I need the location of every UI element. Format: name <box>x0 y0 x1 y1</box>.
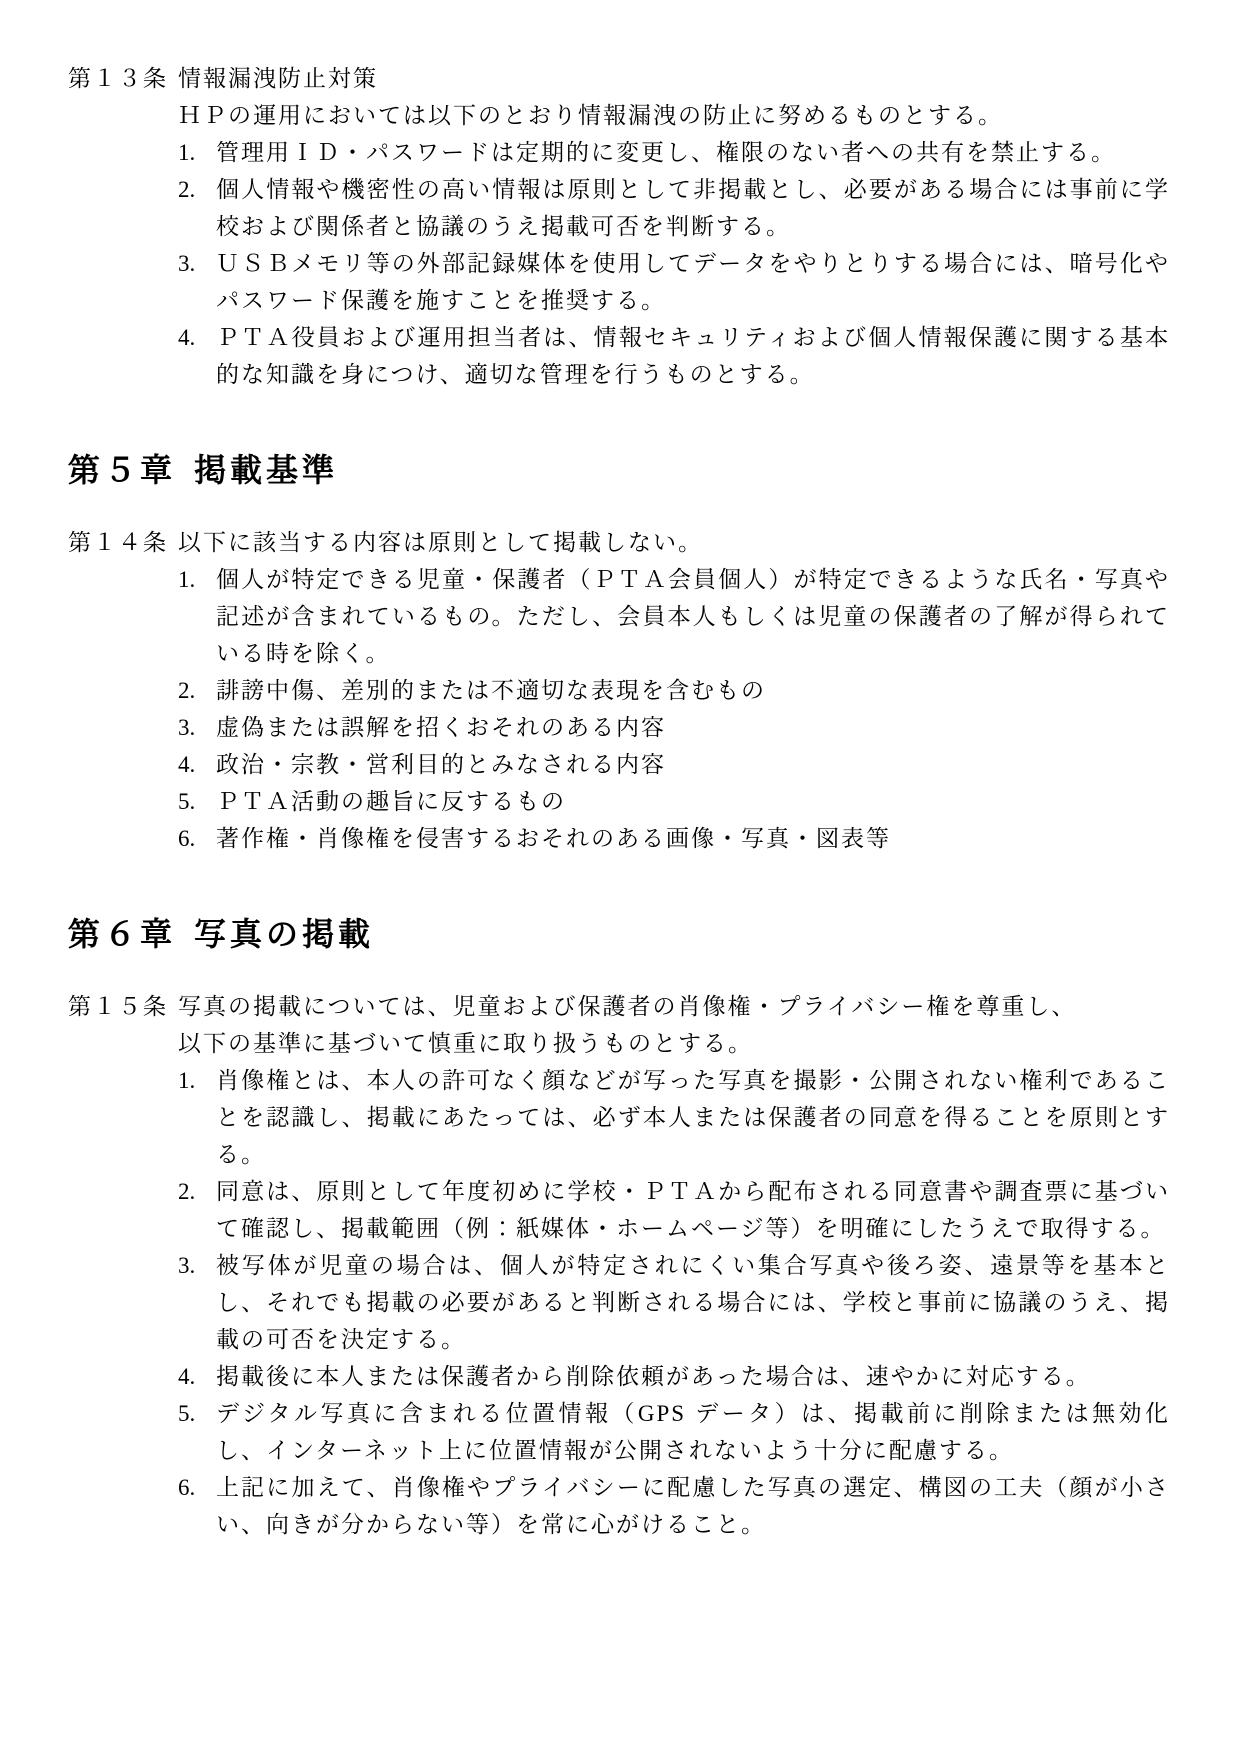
item-text: 上記に加えて、肖像権やプライバシーに配慮した写真の選定、構図の工夫（顔が小さい、… <box>216 1469 1170 1543</box>
article-14-label: 第１４条 <box>68 524 178 561</box>
item-text: 掲載後に本人または保護者から削除依頼があった場合は、速やかに対応する。 <box>216 1358 1170 1395</box>
item-text: 虚偽または誤解を招くおそれのある内容 <box>216 709 1170 746</box>
item-number: 6. <box>178 820 216 857</box>
item-number: 5. <box>178 783 216 820</box>
item-number: 5. <box>178 1395 216 1432</box>
list-item: 3. 虚偽または誤解を招くおそれのある内容 <box>178 709 1170 746</box>
list-item: 3. ＵＳＢメモリ等の外部記録媒体を使用してデータをやりとりする場合には、暗号化… <box>178 245 1170 319</box>
list-item: 3. 被写体が児童の場合は、個人が特定されにくい集合写真や後ろ姿、遠景等を基本と… <box>178 1247 1170 1358</box>
list-item: 1. 個人が特定できる児童・保護者（ＰＴＡ会員個人）が特定できるような氏名・写真… <box>178 561 1170 672</box>
list-item: 1. 管理用ＩＤ・パスワードは定期的に変更し、権限のない者への共有を禁止する。 <box>178 134 1170 171</box>
item-number: 2. <box>178 672 216 709</box>
article-15-label: 第１５条 <box>68 988 178 1025</box>
item-number: 4. <box>178 319 216 356</box>
chapter-6-title: 写真の掲載 <box>194 912 374 956</box>
article-15-body: 写真の掲載については、児童および保護者の肖像権・プライバシー権を尊重し、 以下の… <box>178 988 1170 1543</box>
item-number: 4. <box>178 1358 216 1395</box>
item-text: 個人が特定できる児童・保護者（ＰＴＡ会員個人）が特定できるような氏名・写真や記述… <box>216 561 1170 672</box>
item-number: 3. <box>178 709 216 746</box>
article-14: 第１４条 以下に該当する内容は原則として掲載しない。 1. 個人が特定できる児童… <box>68 524 1170 857</box>
item-text: デジタル写真に含まれる位置情報（GPS データ）は、掲載前に削除または無効化し、… <box>216 1395 1170 1469</box>
article-15-intro-line1: 写真の掲載については、児童および保護者の肖像権・プライバシー権を尊重し、 <box>178 988 1170 1025</box>
chapter-heading-5: 第５章 掲載基準 <box>68 448 1170 492</box>
list-item: 2. 同意は、原則として年度初めに学校・ＰＴＡから配布される同意書や調査票に基づ… <box>178 1173 1170 1247</box>
list-item: 4. 掲載後に本人または保護者から削除依頼があった場合は、速やかに対応する。 <box>178 1358 1170 1395</box>
article-14-list: 1. 個人が特定できる児童・保護者（ＰＴＡ会員個人）が特定できるような氏名・写真… <box>178 561 1170 857</box>
item-text: 管理用ＩＤ・パスワードは定期的に変更し、権限のない者への共有を禁止する。 <box>216 134 1170 171</box>
article-15-intro-line2: 以下の基準に基づいて慎重に取り扱うものとする。 <box>178 1025 1170 1062</box>
item-number: 1. <box>178 561 216 598</box>
item-number: 1. <box>178 1062 216 1099</box>
item-text: 肖像権とは、本人の許可なく顔などが写った写真を撮影・公開されない権利であることを… <box>216 1062 1170 1173</box>
article-13-intro: ＨＰの運用においては以下のとおり情報漏洩の防止に努めるものとする。 <box>178 97 1170 134</box>
list-item: 5. ＰＴＡ活動の趣旨に反するもの <box>178 783 1170 820</box>
item-text: 著作権・肖像権を侵害するおそれのある画像・写真・図表等 <box>216 820 1170 857</box>
item-text: 政治・宗教・営利目的とみなされる内容 <box>216 746 1170 783</box>
list-item: 2. 個人情報や機密性の高い情報は原則として非掲載とし、必要がある場合には事前に… <box>178 171 1170 245</box>
item-text: 個人情報や機密性の高い情報は原則として非掲載とし、必要がある場合には事前に学校お… <box>216 171 1170 245</box>
chapter-6-label: 第６章 <box>68 912 176 956</box>
list-item: 4. ＰＴＡ役員および運用担当者は、情報セキュリティおよび個人情報保護に関する基… <box>178 319 1170 393</box>
item-text: ＵＳＢメモリ等の外部記録媒体を使用してデータをやりとりする場合には、暗号化やパス… <box>216 245 1170 319</box>
item-text: ＰＴＡ役員および運用担当者は、情報セキュリティおよび個人情報保護に関する基本的な… <box>216 319 1170 393</box>
chapter-5-title: 掲載基準 <box>194 448 338 492</box>
item-number: 4. <box>178 746 216 783</box>
article-13-list: 1. 管理用ＩＤ・パスワードは定期的に変更し、権限のない者への共有を禁止する。 … <box>178 134 1170 393</box>
item-text: ＰＴＡ活動の趣旨に反するもの <box>216 783 1170 820</box>
item-number: 2. <box>178 1173 216 1210</box>
article-15: 第１５条 写真の掲載については、児童および保護者の肖像権・プライバシー権を尊重し… <box>68 988 1170 1543</box>
chapter-heading-6: 第６章 写真の掲載 <box>68 912 1170 956</box>
document-page: 第１３条 情報漏洩防止対策 ＨＰの運用においては以下のとおり情報漏洩の防止に努め… <box>0 0 1241 1755</box>
list-item: 2. 誹謗中傷、差別的または不適切な表現を含むもの <box>178 672 1170 709</box>
article-14-body: 以下に該当する内容は原則として掲載しない。 1. 個人が特定できる児童・保護者（… <box>178 524 1170 857</box>
article-13-label: 第１３条 <box>68 60 178 97</box>
item-number: 6. <box>178 1469 216 1506</box>
item-text: 被写体が児童の場合は、個人が特定されにくい集合写真や後ろ姿、遠景等を基本とし、そ… <box>216 1247 1170 1358</box>
article-13-body: 情報漏洩防止対策 ＨＰの運用においては以下のとおり情報漏洩の防止に努めるものとす… <box>178 60 1170 393</box>
item-text: 誹謗中傷、差別的または不適切な表現を含むもの <box>216 672 1170 709</box>
article-15-list: 1. 肖像権とは、本人の許可なく顔などが写った写真を撮影・公開されない権利である… <box>178 1062 1170 1543</box>
item-number: 3. <box>178 1247 216 1284</box>
item-number: 1. <box>178 134 216 171</box>
list-item: 6. 著作権・肖像権を侵害するおそれのある画像・写真・図表等 <box>178 820 1170 857</box>
item-text: 同意は、原則として年度初めに学校・ＰＴＡから配布される同意書や調査票に基づいて確… <box>216 1173 1170 1247</box>
chapter-5-label: 第５章 <box>68 448 176 492</box>
article-13-title: 情報漏洩防止対策 <box>178 60 1170 97</box>
list-item: 6. 上記に加えて、肖像権やプライバシーに配慮した写真の選定、構図の工夫（顔が小… <box>178 1469 1170 1543</box>
list-item: 1. 肖像権とは、本人の許可なく顔などが写った写真を撮影・公開されない権利である… <box>178 1062 1170 1173</box>
item-number: 3. <box>178 245 216 282</box>
list-item: 4. 政治・宗教・営利目的とみなされる内容 <box>178 746 1170 783</box>
item-number: 2. <box>178 171 216 208</box>
list-item: 5. デジタル写真に含まれる位置情報（GPS データ）は、掲載前に削除または無効… <box>178 1395 1170 1469</box>
article-13: 第１３条 情報漏洩防止対策 ＨＰの運用においては以下のとおり情報漏洩の防止に努め… <box>68 60 1170 393</box>
article-14-intro: 以下に該当する内容は原則として掲載しない。 <box>178 524 1170 561</box>
